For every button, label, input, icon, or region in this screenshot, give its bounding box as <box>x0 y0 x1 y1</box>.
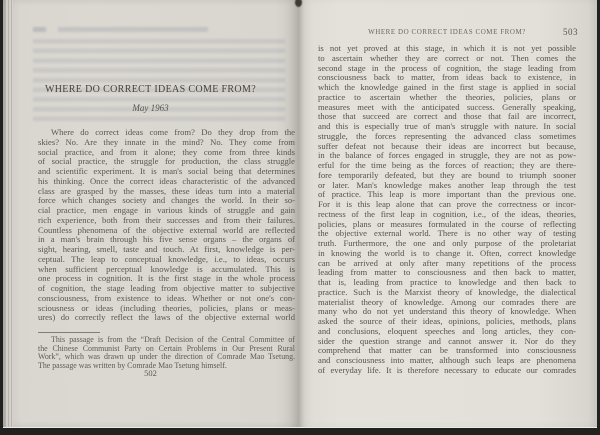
text-line: of everyday life. It is therefore necess… <box>318 366 576 376</box>
right-page: WHERE DO CORRECT IDEAS COME FROM? 503 is… <box>298 0 597 427</box>
page-number-right: 503 <box>563 27 578 37</box>
chapter-title: WHERE DO CORRECT IDEAS COME FROM? <box>3 84 298 95</box>
book-photo: WHERE DO CORRECT IDEAS COME FROM? May 19… <box>0 0 600 435</box>
book-spread: WHERE DO CORRECT IDEAS COME FROM? May 19… <box>3 0 597 428</box>
page-edge-lines <box>5 0 13 427</box>
footnote-text: This passage is from the “Draft Decision… <box>38 336 295 370</box>
show-through-folio <box>33 27 46 32</box>
running-header: WHERE DO CORRECT IDEAS COME FROM? 503 <box>318 28 576 36</box>
right-body-text: is not yet proved at this stage, in whic… <box>318 44 576 376</box>
page-number-left: 502 <box>3 368 298 378</box>
show-through-header <box>58 27 208 32</box>
text-line: ures) do correctly reflect the laws of t… <box>38 313 295 323</box>
footnote-rule <box>38 332 100 333</box>
left-body-text: Where do correct ideas come from? Do the… <box>38 128 295 323</box>
left-page: WHERE DO CORRECT IDEAS COME FROM? May 19… <box>3 0 298 427</box>
chapter-date: May 1963 <box>3 103 298 113</box>
running-header-text: WHERE DO CORRECT IDEAS COME FROM? <box>368 28 526 36</box>
